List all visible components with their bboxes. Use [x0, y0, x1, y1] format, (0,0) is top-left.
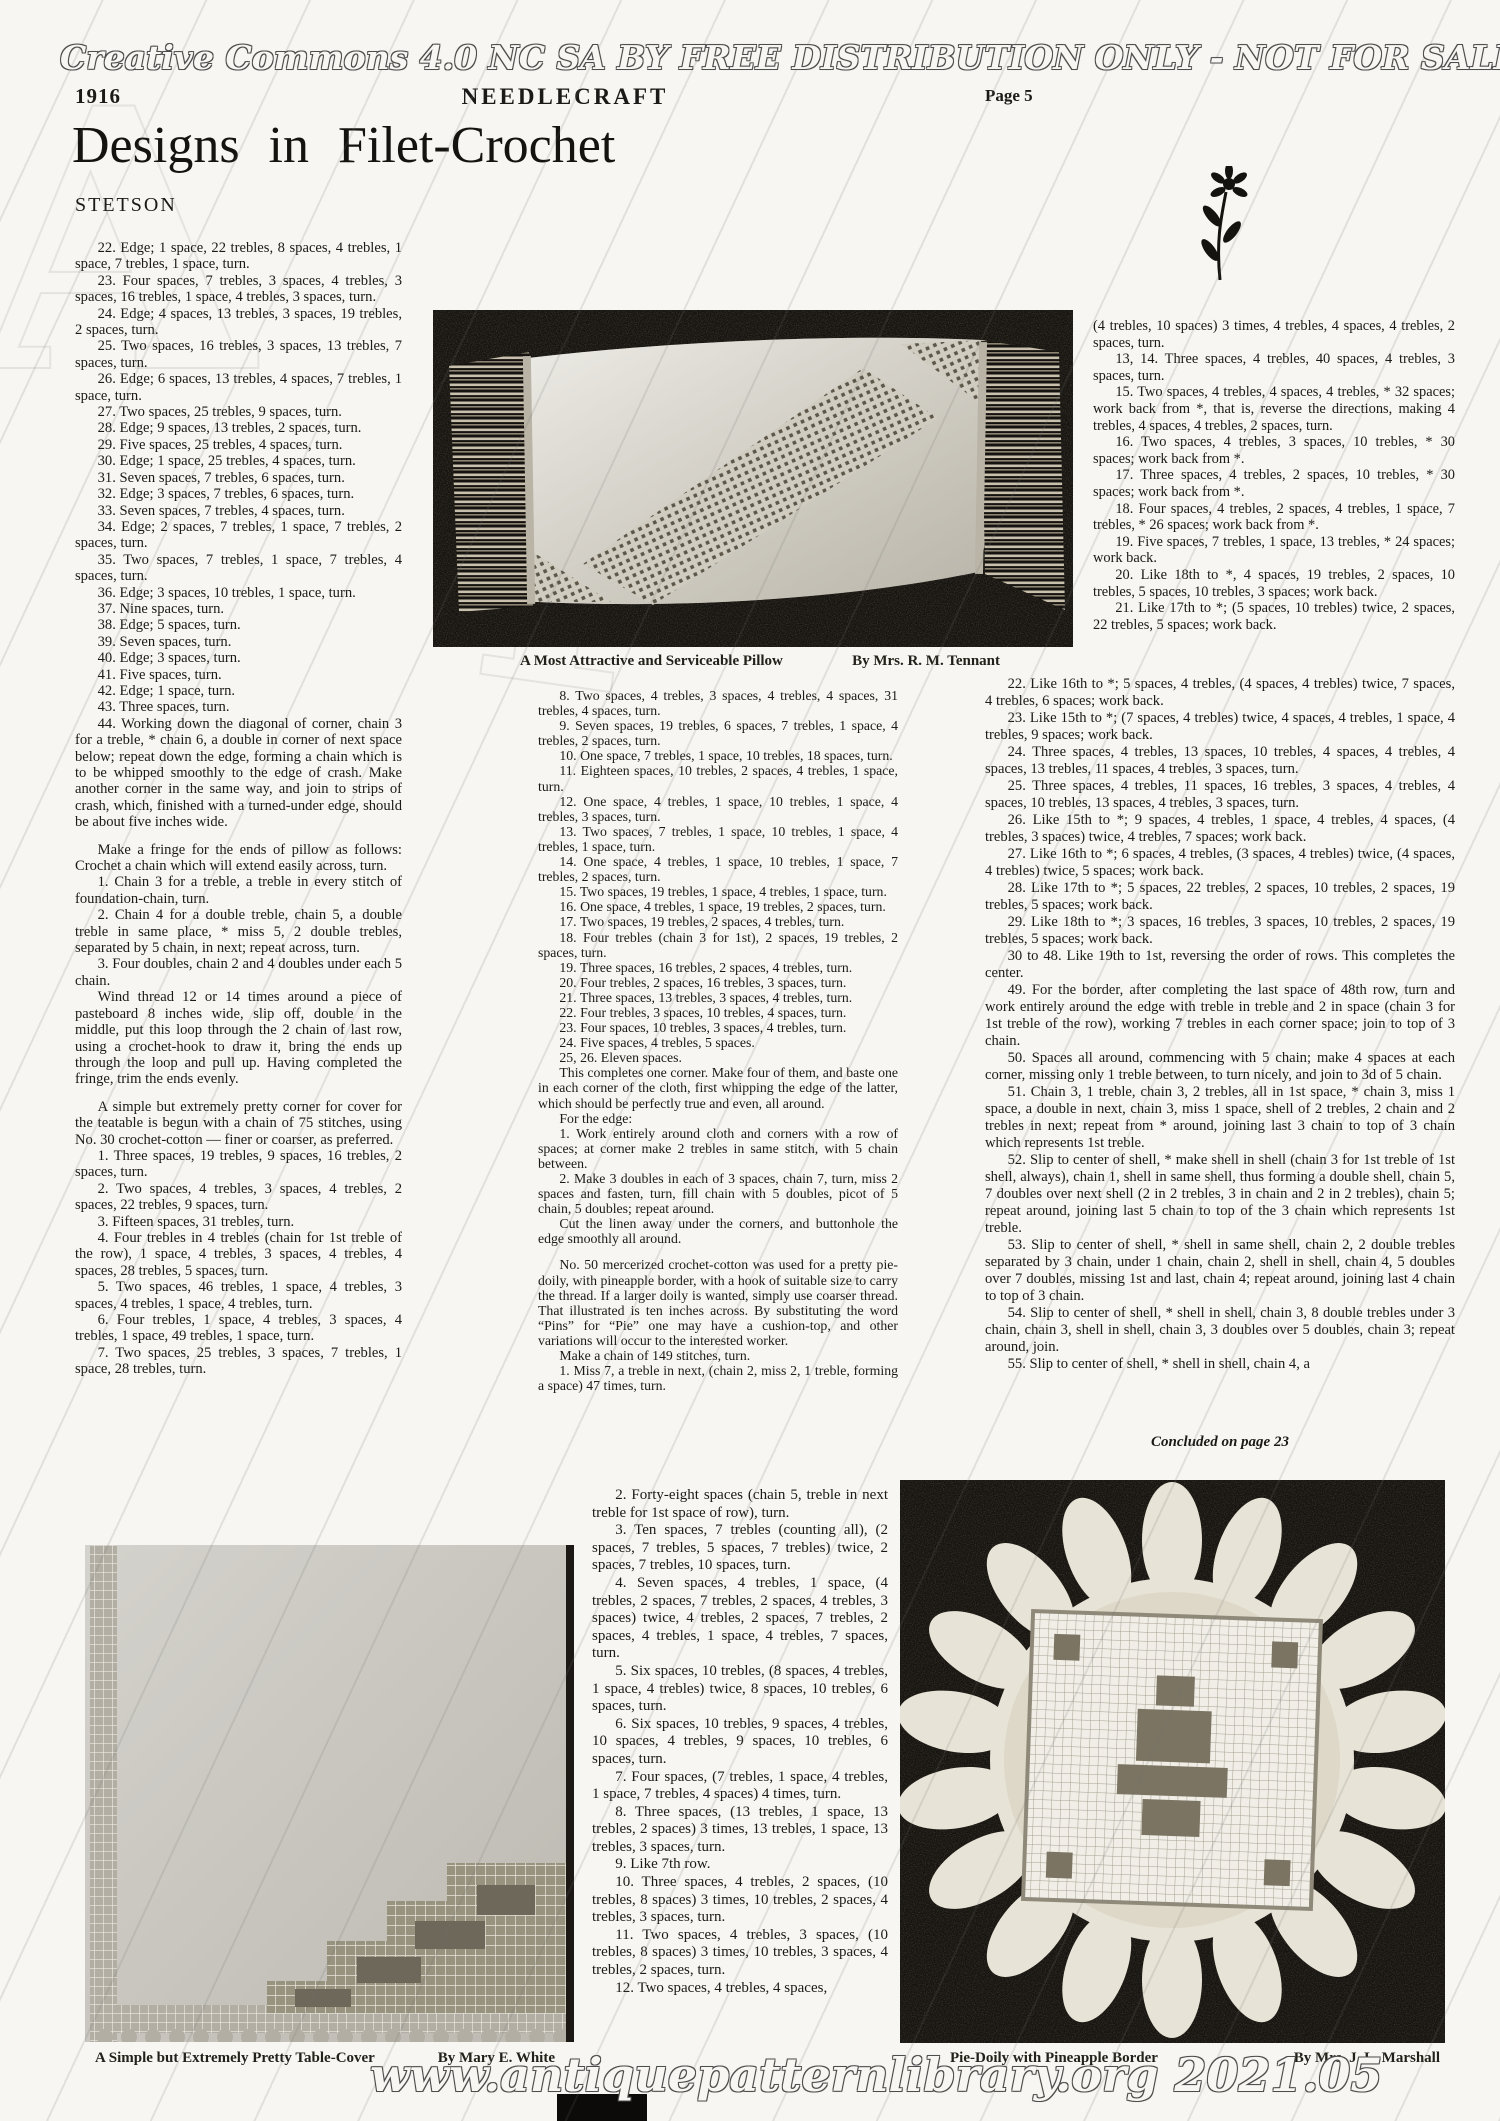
instruction-paragraph: 50. Spaces all around, commencing with 5… — [985, 1050, 1455, 1084]
instruction-paragraph: Make a fringe for the ends of pillow as … — [75, 842, 402, 875]
instruction-paragraph: 23. Four spaces, 7 trebles, 3 spaces, 4 … — [75, 273, 402, 306]
instruction-paragraph: 13. Two spaces, 7 trebles, 1 space, 10 t… — [538, 824, 898, 854]
instruction-paragraph: 31. Seven spaces, 7 trebles, 6 spaces, t… — [75, 470, 402, 486]
table-cover-photo — [85, 1545, 574, 2047]
instruction-paragraph: 24. Three spaces, 4 trebles, 13 spaces, … — [985, 744, 1455, 778]
instruction-paragraph: 12. One space, 4 trebles, 1 space, 10 tr… — [538, 794, 898, 824]
instruction-paragraph: 4. Four trebles in 4 trebles (chain for … — [75, 1230, 402, 1279]
pillow-photo — [433, 310, 1073, 652]
instruction-paragraph: 34. Edge; 2 spaces, 7 trebles, 1 space, … — [75, 519, 402, 552]
instruction-paragraph: 7. Two spaces, 25 trebles, 3 spaces, 7 t… — [75, 1345, 402, 1378]
instruction-paragraph: 53. Slip to center of shell, * shell in … — [985, 1237, 1455, 1305]
instruction-paragraph: Wind thread 12 or 14 times around a piec… — [75, 989, 402, 1087]
instruction-paragraph: 17. Two spaces, 19 trebles, 2 spaces, 4 … — [538, 914, 898, 929]
instruction-paragraph: 16. Two spaces, 4 trebles, 3 spaces, 10 … — [1093, 434, 1455, 467]
instruction-paragraph: 39. Seven spaces, turn. — [75, 634, 402, 650]
pillow-fringe-left — [449, 352, 533, 612]
instruction-paragraph: 7. Four spaces, (7 trebles, 1 space, 4 t… — [592, 1769, 888, 1804]
instruction-paragraph: 37. Nine spaces, turn. — [75, 601, 402, 617]
instruction-paragraph: 27. Like 16th to *; 6 spaces, 4 trebles,… — [985, 846, 1455, 880]
header-year: 1916 — [75, 84, 121, 109]
instruction-paragraph: 28. Like 17th to *; 5 spaces, 22 trebles… — [985, 880, 1455, 914]
instruction-paragraph: For the edge: — [538, 1111, 898, 1126]
instruction-paragraph: 25. Three spaces, 4 trebles, 11 spaces, … — [985, 778, 1455, 812]
instruction-paragraph: 14. One space, 4 trebles, 1 space, 10 tr… — [538, 854, 898, 884]
instruction-paragraph: 24. Five spaces, 4 trebles, 5 spaces. — [538, 1035, 898, 1050]
instruction-paragraph: 20. Four trebles, 2 spaces, 16 trebles, … — [538, 975, 898, 990]
instruction-paragraph: 5. Six spaces, 10 trebles, (8 spaces, 4 … — [592, 1663, 888, 1716]
instruction-paragraph: 42. Edge; 1 space, turn. — [75, 683, 402, 699]
table-cover-caption-title: A Simple but Extremely Pretty Table-Cove… — [95, 2050, 375, 2067]
instruction-paragraph: 3. Ten spaces, 7 trebles (counting all),… — [592, 1522, 888, 1575]
instruction-paragraph: 8. Three spaces, (13 trebles, 1 space, 1… — [592, 1804, 888, 1857]
instruction-paragraph: 43. Three spaces, turn. — [75, 699, 402, 715]
footer-watermark: www.antiquepatternlibrary.org 2021.05 — [370, 2048, 1180, 2102]
instruction-column-right-upper: (4 trebles, 10 spaces) 3 times, 4 treble… — [1093, 318, 1455, 633]
instruction-paragraph: This completes one corner. Make four of … — [538, 1065, 898, 1110]
instruction-paragraph: 40. Edge; 3 spaces, turn. — [75, 650, 402, 666]
floral-ornament-icon — [1185, 166, 1255, 291]
instruction-paragraph: 1. Chain 3 for a treble, a treble in eve… — [75, 874, 402, 907]
instruction-paragraph: 13, 14. Three spaces, 4 trebles, 40 spac… — [1093, 351, 1455, 384]
instruction-paragraph: 5. Two spaces, 46 trebles, 1 space, 4 tr… — [75, 1279, 402, 1312]
instruction-paragraph: 22. Edge; 1 space, 22 trebles, 8 spaces,… — [75, 240, 402, 273]
instruction-paragraph: 41. Five spaces, turn. — [75, 667, 402, 683]
license-banner: Creative Commons 4.0 NC SA BY FREE DISTR… — [60, 38, 1060, 77]
instruction-paragraph: 1. Miss 7, a treble in next, (chain 2, m… — [538, 1363, 898, 1393]
instruction-paragraph: 49. For the border, after completing the… — [985, 982, 1455, 1050]
instruction-paragraph: 51. Chain 3, 1 treble, chain 3, 2 treble… — [985, 1084, 1455, 1152]
article-title: Designs in Filet-Crochet — [72, 116, 615, 175]
instruction-paragraph: 32. Edge; 3 spaces, 7 trebles, 6 spaces,… — [75, 486, 402, 502]
instruction-paragraph: 22. Like 16th to *; 5 spaces, 4 trebles,… — [985, 676, 1455, 710]
instruction-paragraph: 33. Seven spaces, 7 trebles, 4 spaces, t… — [75, 503, 402, 519]
instruction-paragraph: 8. Two spaces, 4 trebles, 3 spaces, 4 tr… — [538, 688, 898, 718]
instruction-paragraph: 10. One space, 7 trebles, 1 space, 10 tr… — [538, 748, 898, 763]
instruction-paragraph: 27. Two spaces, 25 trebles, 9 spaces, tu… — [75, 404, 402, 420]
instruction-paragraph: 55. Slip to center of shell, * shell in … — [985, 1356, 1455, 1373]
instruction-paragraph: 22. Four trebles, 3 spaces, 10 trebles, … — [538, 1005, 898, 1020]
table-cover-left-lace — [90, 1545, 117, 2042]
page-number: Page 5 — [985, 86, 1033, 106]
instruction-paragraph: 26. Like 15th to *; 9 spaces, 4 trebles,… — [985, 812, 1455, 846]
magazine-page: A P L Creative Commons 4.0 NC SA BY FREE… — [0, 0, 1500, 2121]
instruction-paragraph: 2. Chain 4 for a double treble, chain 5,… — [75, 907, 402, 956]
instruction-paragraph: 9. Seven spaces, 19 trebles, 6 spaces, 7… — [538, 718, 898, 748]
instruction-paragraph: 38. Edge; 5 spaces, turn. — [75, 617, 402, 633]
instruction-paragraph: 9. Like 7th row. — [592, 1856, 888, 1874]
instruction-paragraph: 15. Two spaces, 4 trebles, 4 spaces, 4 t… — [1093, 384, 1455, 434]
instruction-paragraph: 18. Four trebles (chain 3 for 1st), 2 sp… — [538, 930, 898, 960]
instruction-paragraph: 11. Two spaces, 4 trebles, 3 spaces, (10… — [592, 1927, 888, 1980]
instruction-paragraph: 18. Four spaces, 4 trebles, 2 spaces, 4 … — [1093, 501, 1455, 534]
instruction-paragraph: 1. Three spaces, 19 trebles, 9 spaces, 1… — [75, 1148, 402, 1181]
instruction-paragraph: 36. Edge; 3 spaces, 10 trebles, 1 space,… — [75, 585, 402, 601]
instruction-paragraph: 25, 26. Eleven spaces. — [538, 1050, 898, 1065]
instruction-paragraph: 19. Three spaces, 16 trebles, 2 spaces, … — [538, 960, 898, 975]
instruction-paragraph: 44. Working down the diagonal of corner,… — [75, 716, 402, 831]
pillow-caption: A Most Attractive and Serviceable Pillow… — [520, 653, 1000, 670]
instruction-paragraph: 1. Work entirely around cloth and corner… — [538, 1126, 898, 1171]
concluded-note: Concluded on page 23 — [985, 1434, 1455, 1451]
instruction-paragraph: 3. Four doubles, chain 2 and 4 doubles u… — [75, 956, 402, 989]
instruction-paragraph: 20. Like 18th to *, 4 spaces, 19 trebles… — [1093, 567, 1455, 600]
instruction-paragraph: 6. Four trebles, 1 space, 4 trebles, 3 s… — [75, 1312, 402, 1345]
instruction-column-left: 22. Edge; 1 space, 22 trebles, 8 spaces,… — [75, 240, 402, 1378]
instruction-paragraph: 21. Like 17th to *; (5 spaces, 10 treble… — [1093, 600, 1455, 633]
instruction-paragraph: 11. Eighteen spaces, 10 trebles, 2 space… — [538, 763, 898, 793]
instruction-paragraph: No. 50 mercerized crochet-cotton was use… — [538, 1257, 898, 1348]
pillow-caption-credit: By Mrs. R. M. Tennant — [852, 653, 1000, 670]
pillow-caption-title: A Most Attractive and Serviceable Pillow — [520, 653, 783, 670]
instruction-paragraph: 10. Three spaces, 4 trebles, 2 spaces, (… — [592, 1874, 888, 1927]
instruction-paragraph: 52. Slip to center of shell, * make shel… — [985, 1152, 1455, 1237]
instruction-paragraph: 2. Forty-eight spaces (chain 5, treble i… — [592, 1487, 888, 1522]
instruction-paragraph: 23. Four spaces, 10 trebles, 3 spaces, 4… — [538, 1020, 898, 1035]
instruction-paragraph: 15. Two spaces, 19 trebles, 1 space, 4 t… — [538, 884, 898, 899]
instruction-paragraph: 16. One space, 4 trebles, 1 space, 19 tr… — [538, 899, 898, 914]
instruction-paragraph: 3. Fifteen spaces, 31 trebles, turn. — [75, 1214, 402, 1230]
instruction-paragraph: A simple but extremely pretty corner for… — [75, 1099, 402, 1148]
instruction-paragraph: 26. Edge; 6 spaces, 13 trebles, 4 spaces… — [75, 371, 402, 404]
instruction-column-middle-lower: 2. Forty-eight spaces (chain 5, treble i… — [592, 1487, 888, 1997]
instruction-paragraph: 2. Two spaces, 4 trebles, 3 spaces, 4 tr… — [75, 1181, 402, 1214]
instruction-paragraph: 4. Seven spaces, 4 trebles, 1 space, (4 … — [592, 1575, 888, 1663]
pillow-fringe-right — [981, 340, 1065, 610]
instruction-paragraph: 21. Three spaces, 13 trebles, 3 spaces, … — [538, 990, 898, 1005]
instruction-paragraph: 54. Slip to center of shell, * shell in … — [985, 1305, 1455, 1356]
instruction-paragraph: 30. Edge; 1 space, 25 trebles, 4 spaces,… — [75, 453, 402, 469]
instruction-column-middle: 8. Two spaces, 4 trebles, 3 spaces, 4 tr… — [538, 688, 898, 1393]
instruction-column-right-lower: 22. Like 16th to *; 5 spaces, 4 trebles,… — [985, 676, 1455, 1373]
doily-filet-center — [1023, 1611, 1321, 1909]
instruction-paragraph: 25. Two spaces, 16 trebles, 3 spaces, 13… — [75, 338, 402, 371]
instruction-paragraph: 29. Five spaces, 25 trebles, 4 spaces, t… — [75, 437, 402, 453]
instruction-paragraph: 23. Like 15th to *; (7 spaces, 4 trebles… — [985, 710, 1455, 744]
article-author: STETSON — [75, 194, 177, 217]
instruction-paragraph: 12. Two spaces, 4 trebles, 4 spaces, — [592, 1980, 888, 1998]
instruction-paragraph: 29. Like 18th to *; 3 spaces, 16 trebles… — [985, 914, 1455, 948]
instruction-paragraph: 17. Three spaces, 4 trebles, 2 spaces, 1… — [1093, 467, 1455, 500]
instruction-paragraph: 6. Six spaces, 10 trebles, 9 spaces, 4 t… — [592, 1716, 888, 1769]
instruction-paragraph: 19. Five spaces, 7 trebles, 1 space, 13 … — [1093, 534, 1455, 567]
magazine-title: NEEDLECRAFT — [420, 84, 710, 110]
instruction-paragraph: 24. Edge; 4 spaces, 13 trebles, 3 spaces… — [75, 306, 402, 339]
pie-doily-photo — [900, 1480, 1445, 2048]
instruction-paragraph: 30 to 48. Like 19th to 1st, reversing th… — [985, 948, 1455, 982]
instruction-paragraph: (4 trebles, 10 spaces) 3 times, 4 treble… — [1093, 318, 1455, 351]
instruction-paragraph: 2. Make 3 doubles in each of 3 spaces, c… — [538, 1171, 898, 1216]
instruction-paragraph: Cut the linen away under the corners, an… — [538, 1216, 898, 1246]
instruction-paragraph: 35. Two spaces, 7 trebles, 1 space, 7 tr… — [75, 552, 402, 585]
concluded-note-wrap: Concluded on page 23 — [985, 1430, 1455, 1451]
instruction-paragraph: Make a chain of 149 stitches, turn. — [538, 1348, 898, 1363]
instruction-paragraph: 28. Edge; 9 spaces, 13 trebles, 2 spaces… — [75, 420, 402, 436]
